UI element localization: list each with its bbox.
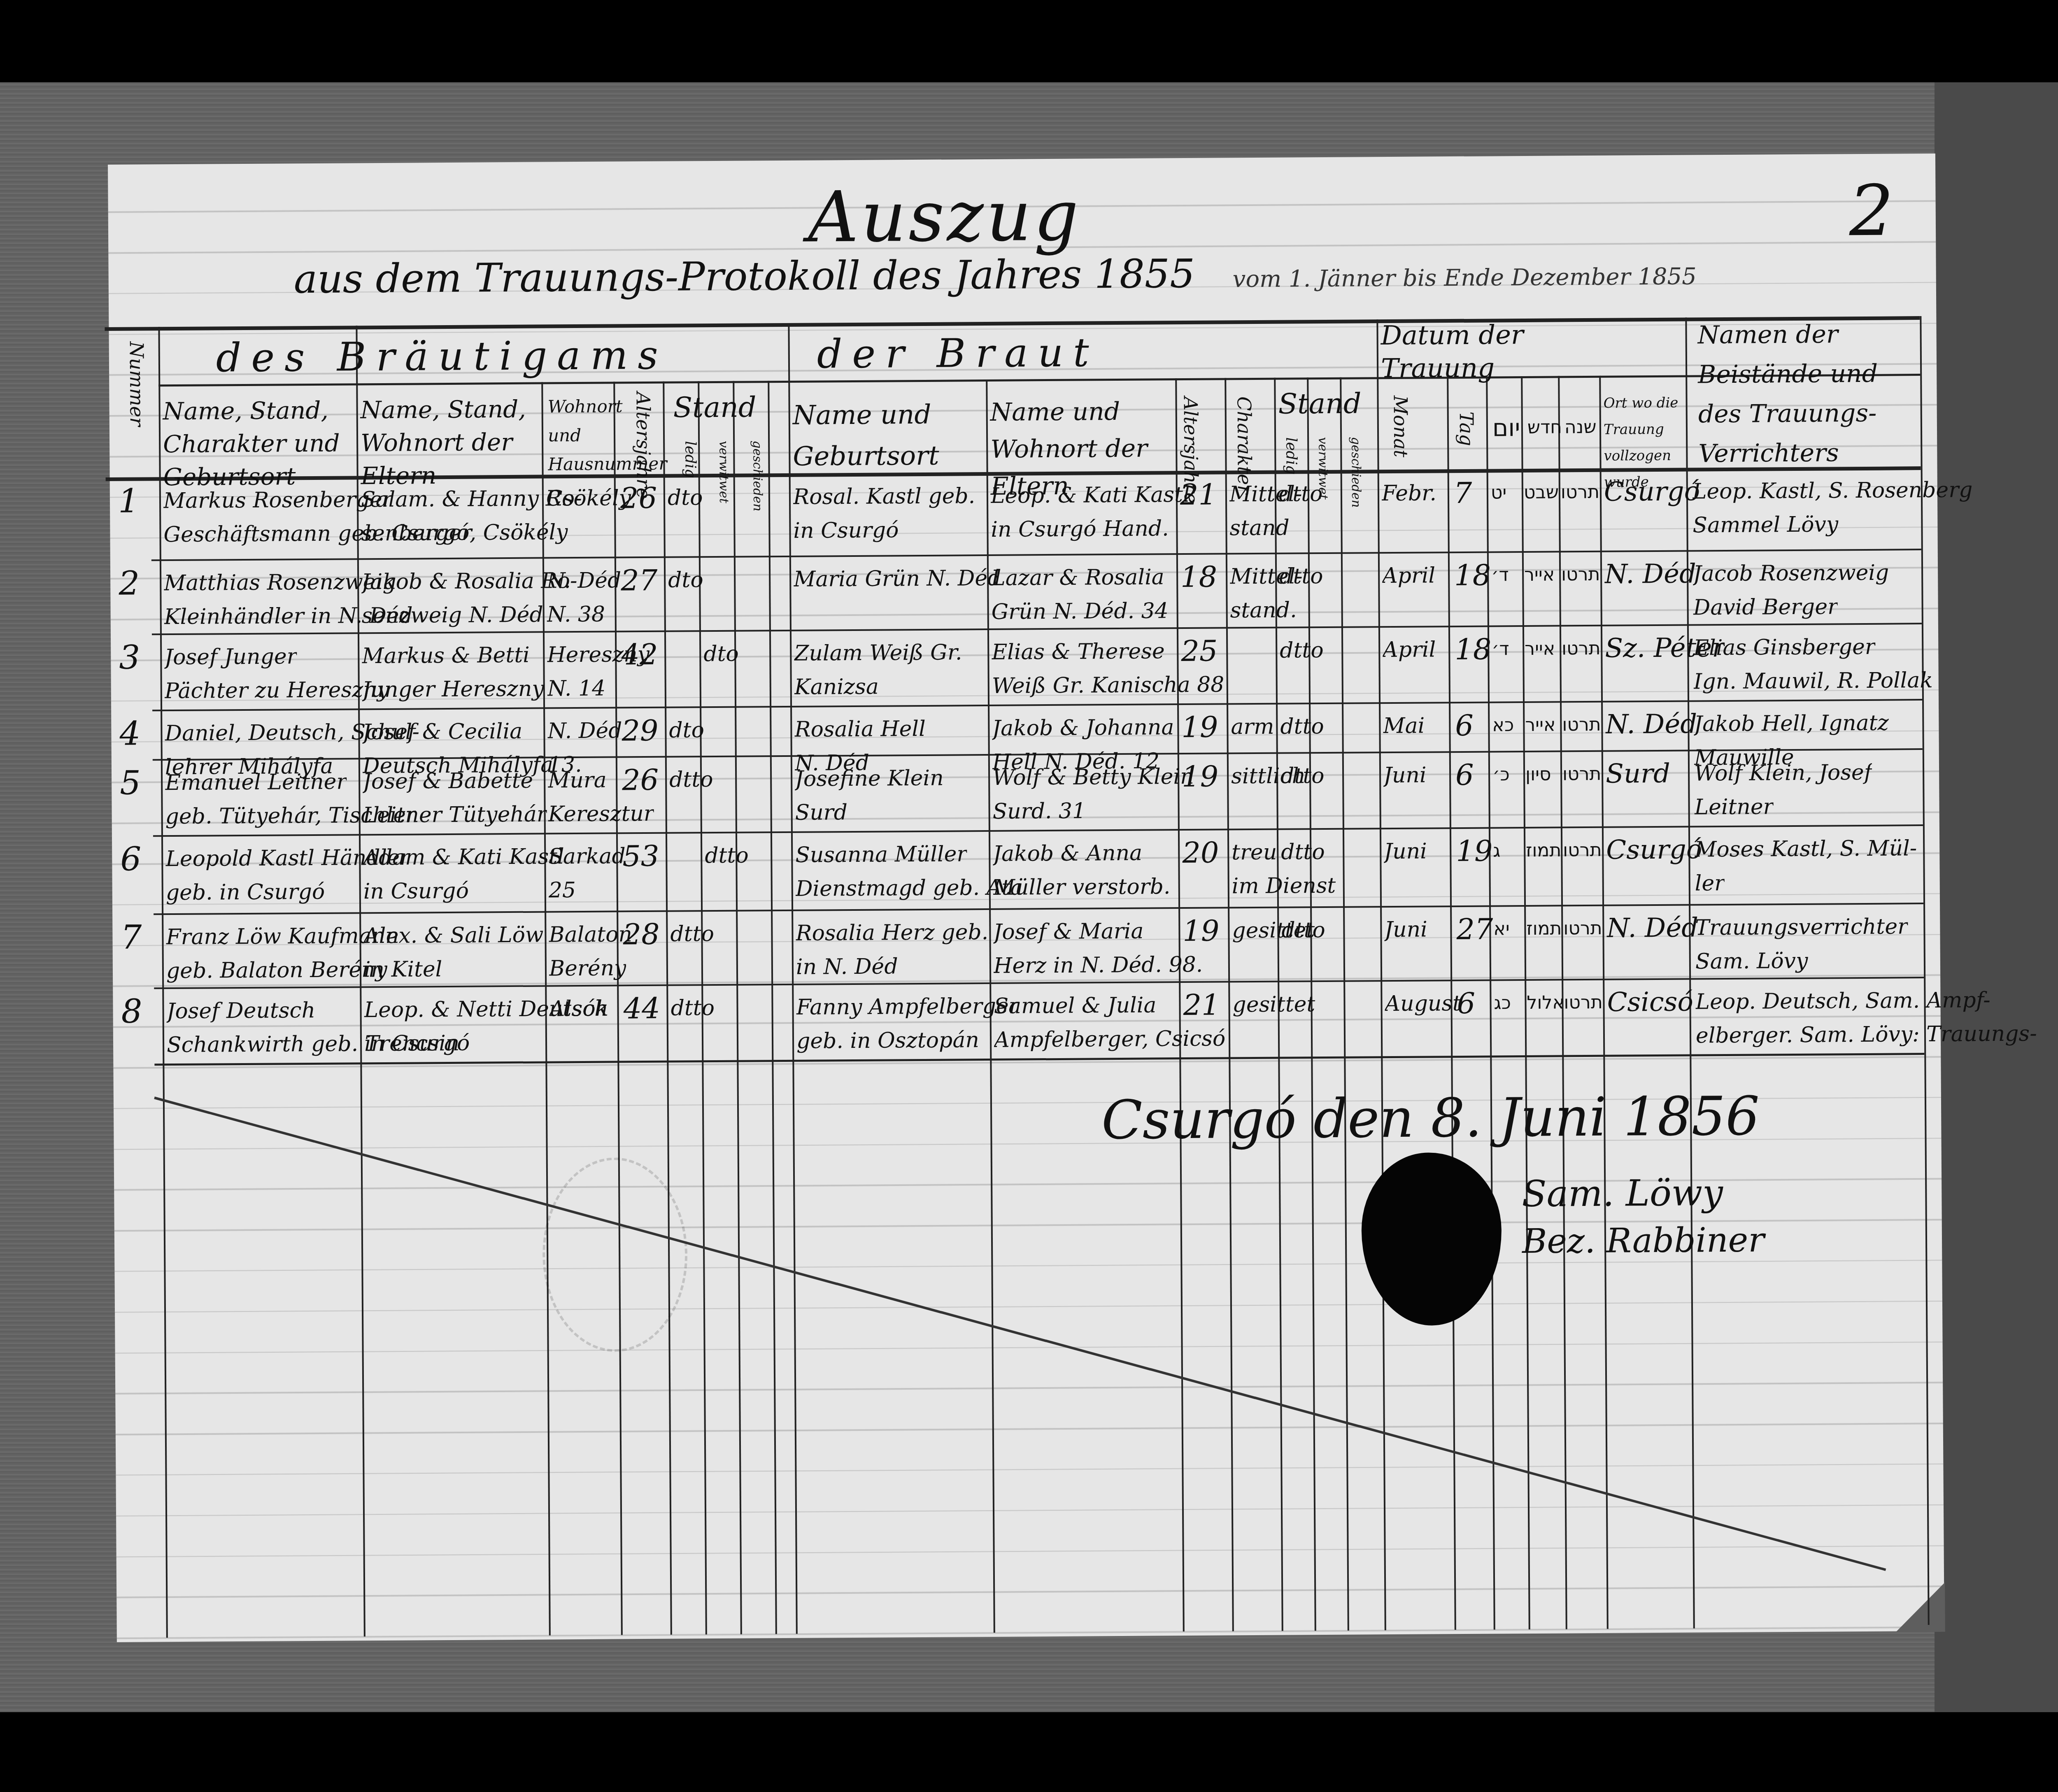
groom-geschieden-header: geschieden: [750, 440, 765, 486]
groom-ledig: dto: [668, 562, 703, 598]
column-rule: [733, 381, 742, 1634]
subtitle-text: aus dem Trauungs-Protokoll des Jahres 18…: [293, 251, 1195, 302]
witnesses-line-1: Wolf Klein, Josef: [1694, 754, 1872, 792]
bride-name-line-1: Josefine Klein: [795, 760, 944, 797]
marriage-day: 6: [1455, 757, 1474, 793]
bride-character-line-1: arm: [1231, 709, 1274, 745]
bride-parents-line-1: Samuel & Julia: [994, 987, 1156, 1024]
page-subtitle: aus dem Trauungs-Protokoll des Jahres 18…: [293, 247, 1697, 302]
groom-name-line-1: Markus Rosenberger: [163, 482, 393, 519]
groom-age-col-header: Altersjahre: [632, 392, 654, 478]
bride-age: 25: [1181, 633, 1218, 670]
bride-name-line-1: Rosalia Herz geb.: [796, 914, 988, 952]
groom-residence-line-1: Alsók: [549, 991, 608, 1027]
bride-age-col-header: Altersjahre: [1179, 397, 1202, 479]
groom-age: 26: [620, 480, 657, 517]
witnesses-line-2: Leitner: [1694, 789, 1773, 825]
hebrew-year: תרטו: [1562, 707, 1601, 743]
hebrew-year: תרטו: [1563, 910, 1602, 947]
marriage-day: 7: [1454, 475, 1472, 511]
groom-stand-col-header: Stand: [673, 391, 756, 424]
bride-name-line-2: in N. Déd: [796, 948, 898, 985]
hebrew-month: סיון: [1525, 756, 1551, 793]
groom-age: 29: [622, 712, 659, 749]
bride-parents-line-2: in Csurgó Hand.: [991, 510, 1169, 548]
place-date-line: Csurgó den 8. Juni 1856: [1101, 1085, 1760, 1152]
groom-name-line-1: Josef Deutsch: [166, 992, 315, 1029]
number-col-header: Nummer: [126, 341, 149, 473]
groom-ledig: dtto: [670, 990, 715, 1026]
groom-parents-col-header: Name, Stand, Wohnort der Eltern: [360, 393, 542, 493]
faded-stamp: [542, 1157, 688, 1352]
marriage-day: 6: [1457, 985, 1475, 1022]
groom-parents-line-2: senberger, Csökély: [361, 514, 568, 552]
groom-parents-line-1: Jakob & Rosalia Ro-: [361, 563, 577, 600]
entry-number: 7: [121, 919, 142, 956]
bride-name-line-2: geb. in Osztopán: [796, 1022, 979, 1059]
bride-age: 19: [1183, 913, 1220, 950]
bride-name-line-1: Susanna Müller: [795, 836, 967, 873]
marriage-month: Juni: [1384, 833, 1427, 870]
bride-parents-line-1: Josef & Maria: [993, 913, 1143, 950]
bride-parents-line-1: Wolf & Betty Klein: [992, 759, 1194, 796]
groom-residence-line-1: N. Déd: [547, 712, 622, 749]
hebrew-day: ג: [1493, 833, 1501, 869]
marriage-place: Csurgó: [1606, 831, 1702, 868]
bride-name-line-1: Rosalia Hell: [794, 711, 926, 748]
hebrew-month: תמוז: [1526, 832, 1562, 869]
bride-character-line-2: im Dienst: [1232, 868, 1336, 905]
marriage-place: Csurgó: [1604, 473, 1700, 510]
bride-name-line-2: Kanizsa: [794, 669, 879, 705]
bride-age: 21: [1183, 987, 1220, 1024]
groom-parents-line-2: Leitner Tütyehár: [363, 796, 547, 834]
groom-parents-line-1: Adam & Kati Kastl: [363, 838, 564, 876]
page-title: Auszug: [808, 175, 1081, 258]
hebrew-day: ד׳: [1492, 631, 1509, 667]
witnesses-line-1: Leop. Deutsch, Sam. Ampf-: [1695, 982, 1990, 1020]
witnesses-line-1: Elias Ginsberger: [1693, 629, 1875, 666]
groom-residence-line-2: Keresztur: [548, 796, 654, 833]
groom-ledig: dto: [669, 712, 704, 749]
groom-parents-line-2: in Csurgó: [363, 873, 469, 910]
witnesses-line-2: Ign. Mauwil, R. Pollak: [1693, 662, 1933, 700]
hebrew-year: תרטו: [1563, 832, 1602, 869]
witnesses-line-2: Sammel Lövy: [1692, 506, 1838, 543]
bride-name-line-1: Fanny Ampfelberger: [796, 988, 1019, 1026]
hebrew-day: יט: [1491, 475, 1507, 511]
groom-name-line-2: geb. Balaton Berény: [166, 952, 387, 989]
entry-number: 3: [119, 640, 140, 676]
bride-ledig: dtto: [1279, 476, 1323, 512]
bride-ledig: dtto: [1281, 834, 1325, 870]
marriage-place: N. Déd: [1606, 910, 1698, 946]
bride-age: 19: [1181, 709, 1218, 746]
groom-residence-col-header: Wohnort und Hausnummer: [547, 392, 622, 479]
hebrew-day: ד׳: [1491, 557, 1509, 593]
groom-residence-line-1: N. Déd: [547, 562, 622, 599]
page-number: 2: [1849, 170, 1894, 252]
groom-name-col-header: Name, Stand, Charakter und Geburtsort: [163, 393, 352, 493]
entry-number: 5: [120, 765, 141, 801]
witnesses-line-1: Jakob Hell, Ignatz: [1694, 705, 1889, 742]
bride-age: 21: [1180, 477, 1217, 513]
hebrew-day: כ׳: [1492, 756, 1510, 793]
bride-age: 20: [1182, 835, 1219, 871]
column-rule: [768, 381, 777, 1634]
day-col-header: Tag: [1455, 412, 1478, 461]
marriage-month: Juni: [1383, 757, 1427, 794]
period-text: vom 1. Jänner bis Ende Dezember 1855: [1232, 263, 1696, 293]
marriage-month: Juni: [1384, 911, 1427, 948]
entry-number: 4: [119, 716, 140, 752]
groom-age: 53: [622, 838, 659, 875]
hebrew-day: כג: [1494, 985, 1511, 1021]
witness-group-header: Namen der Beistände und des Trauungs-Ver…: [1697, 314, 1921, 473]
marriage-month: April: [1383, 631, 1436, 668]
bride-parents-line-1: Lazar & Rosalia: [991, 559, 1164, 596]
entry-number: 6: [120, 841, 141, 877]
witnesses-line-1: Leop. Kastl, S. Rosenberg: [1692, 472, 1973, 510]
groom-residence-line-1: Mura: [548, 762, 607, 799]
hebrew-year: תרטו: [1562, 756, 1602, 793]
heb-month-col-header: חדש: [1527, 411, 1562, 444]
bride-parents-line-2: Ampfelberger, Csicsó: [994, 1020, 1226, 1058]
bride-name-line-1: Rosal. Kastl geb.: [793, 478, 975, 515]
groom-verwitwet: dtto: [705, 838, 749, 874]
bride-stand-col-header: Stand: [1278, 387, 1361, 421]
bride-character-line-1: treu: [1232, 834, 1277, 871]
groom-parents-line-2: in Csurgó: [364, 1025, 470, 1062]
witnesses-line-2: ler: [1695, 865, 1725, 901]
groom-parents-line-2: Junger Hereszny: [362, 671, 545, 708]
hebrew-month: אייר: [1525, 631, 1555, 667]
groom-ledig: dtto: [669, 761, 713, 798]
heb-year-col-header: שנה: [1564, 411, 1597, 444]
bride-ledig: dtto: [1280, 708, 1324, 745]
mount-shadow: [1935, 82, 2058, 1712]
bride-name-col-header: Name und Geburtsort: [792, 394, 982, 477]
groom-age: 28: [623, 916, 660, 953]
hebrew-year: תרטו: [1561, 474, 1600, 511]
table-top-rule: [105, 316, 1920, 331]
hebrew-year: תרטו: [1562, 631, 1601, 667]
entry-number: 2: [119, 566, 140, 602]
groom-parents-line-2: senzweig N. Déd: [361, 597, 543, 634]
hebrew-day: כא: [1492, 707, 1514, 743]
marriage-day: 6: [1455, 707, 1474, 744]
marriage-place: Surd: [1606, 756, 1670, 792]
month-col-header: Monat: [1389, 396, 1412, 478]
hebrew-month: תמוז: [1526, 910, 1562, 947]
signature-name: Sam. Löwy: [1522, 1171, 1723, 1215]
torn-corner: [1895, 1583, 1945, 1632]
groom-parents-line-1: Alex. & Sali Löw: [363, 917, 543, 954]
groom-group-header: des Bräutigams: [216, 332, 668, 381]
bride-parents-line-2: Surd. 31: [992, 793, 1086, 830]
bride-ledig: dtto: [1280, 758, 1325, 794]
entry-number: 8: [121, 994, 142, 1030]
groom-residence-line-1: Csökély: [546, 480, 631, 517]
marriage-place: N. Déd: [1605, 706, 1697, 742]
groom-age: 26: [622, 762, 659, 798]
hebrew-year: תרטו: [1564, 984, 1603, 1021]
bride-parents-line-2: Weiß Gr. Kanischa 88: [992, 666, 1225, 704]
groom-parents-line-1: Josef & Babette: [363, 763, 533, 800]
witnesses-line-2: Sam. Lövy: [1695, 943, 1808, 980]
hebrew-month: אלול: [1527, 984, 1564, 1021]
bride-parents-line-1: Elias & Therese: [992, 633, 1165, 670]
groom-parents-line-1: Markus & Betti: [362, 637, 530, 674]
entry-number: 1: [118, 483, 139, 519]
bride-age: 18: [1180, 559, 1218, 596]
bride-parents-line-1: Jakob & Johanna: [992, 709, 1174, 747]
table-right-rule: [1920, 316, 1929, 1625]
bride-age: 19: [1182, 759, 1219, 795]
groom-name-line-2: geb. in Csurgó: [166, 874, 325, 911]
marriage-day: 19: [1456, 833, 1493, 869]
witnesses-line-2: elberger. Sam. Lövy: Trauungs-: [1696, 1015, 2037, 1054]
groom-age: 44: [623, 990, 660, 1027]
groom-residence-line-2: N. 14: [547, 670, 606, 707]
marriage-place: Csicsó: [1607, 984, 1693, 1021]
groom-verwitwet: dto: [703, 636, 739, 673]
marriage-month: Febr.: [1382, 475, 1437, 512]
witnesses-line-2: David Berger: [1693, 589, 1838, 626]
bride-name-line-2: Surd: [795, 794, 847, 831]
hebrew-month: אייר: [1525, 707, 1555, 743]
heb-day-col-header: יום: [1492, 411, 1520, 444]
bride-ledig: dtto: [1279, 558, 1323, 595]
marriage-month: April: [1382, 557, 1436, 594]
bride-parents-line-1: Jakob & Anna: [993, 835, 1142, 872]
marriage-place: N. Déd: [1604, 556, 1696, 592]
bride-ledig: dtto: [1280, 632, 1324, 669]
hebrew-month: שבט: [1524, 474, 1559, 511]
marriage-day: 18: [1455, 631, 1492, 668]
witnesses-line-1: Jacob Rosenzweig: [1693, 555, 1889, 592]
register-page: Auszug 2 aus dem Trauungs-Protokoll des …: [108, 154, 1944, 1642]
bride-name-line-2: in Csurgó: [793, 512, 899, 549]
bride-character-col-header: Charakter: [1233, 396, 1255, 479]
groom-residence-line-2: 25: [549, 872, 576, 908]
hebrew-day: יא: [1493, 911, 1510, 947]
groom-residence-line-2: Berény: [549, 950, 626, 987]
cancellation-line: [154, 1096, 1886, 1571]
groom-name-line-1: Josef Junger: [164, 638, 297, 675]
bride-ledig: dtto: [1281, 912, 1325, 949]
marriage-month: August: [1385, 985, 1461, 1022]
date-group-header: Datum der Trauung: [1381, 319, 1554, 386]
groom-residence-line-1: Balaton: [549, 916, 632, 953]
groom-ledig: dtto: [670, 916, 714, 952]
bride-character-line-2: stand: [1229, 510, 1290, 546]
groom-name-line-2: Pächter zu Hereszny: [165, 672, 389, 709]
groom-name-line-1: Emanuel Leitner: [165, 763, 347, 801]
marriage-month: Mai: [1383, 707, 1425, 744]
bride-character-line-2: stand.: [1230, 592, 1297, 628]
bride-name-line-1: Maria Grün N. Déd: [794, 560, 1001, 598]
groom-age: 27: [621, 562, 658, 599]
groom-verwitwet-header: verwitwet: [716, 441, 731, 486]
bride-parents-line-1: Leop. & Kati Kastl: [991, 477, 1190, 514]
bride-name-line-2: Dienstmagd geb. Ata: [796, 869, 1023, 907]
groom-parents-line-1: Josef & Cecilia: [362, 713, 522, 750]
groom-parents-line-2: in Kitel: [364, 951, 442, 988]
witnesses-line-1: Moses Kastl, S. Mül-: [1695, 830, 1917, 868]
hebrew-year: תרטו: [1561, 556, 1600, 593]
marriage-day: 18: [1454, 557, 1491, 593]
witnesses-line-1: Trauungsverrichter: [1695, 908, 1908, 946]
column-rule: [1340, 377, 1349, 1631]
bride-geschieden-header: geschieden: [1348, 437, 1363, 482]
groom-ledig: dto: [668, 479, 703, 516]
bride-parents-line-2: Müller verstorb.: [993, 868, 1171, 906]
bride-character-line-1: gesittet: [1232, 986, 1315, 1023]
groom-residence-line-1: Sarkad: [548, 838, 626, 875]
marriage-day: 27: [1456, 911, 1493, 947]
signature-title: Bez. Rabbiner: [1522, 1220, 1765, 1261]
bride-name-line-1: Zulam Weiß Gr.: [794, 634, 962, 671]
bride-group-header: der Braut: [817, 329, 1099, 377]
bride-parents-line-2: Herz in N. Déd. 98.: [994, 947, 1203, 984]
groom-residence-line-2: N. 38: [547, 596, 605, 633]
hebrew-month: אייר: [1524, 557, 1555, 593]
bride-parents-line-2: Grün N. Déd. 34: [991, 593, 1169, 630]
groom-age: 42: [621, 636, 658, 673]
